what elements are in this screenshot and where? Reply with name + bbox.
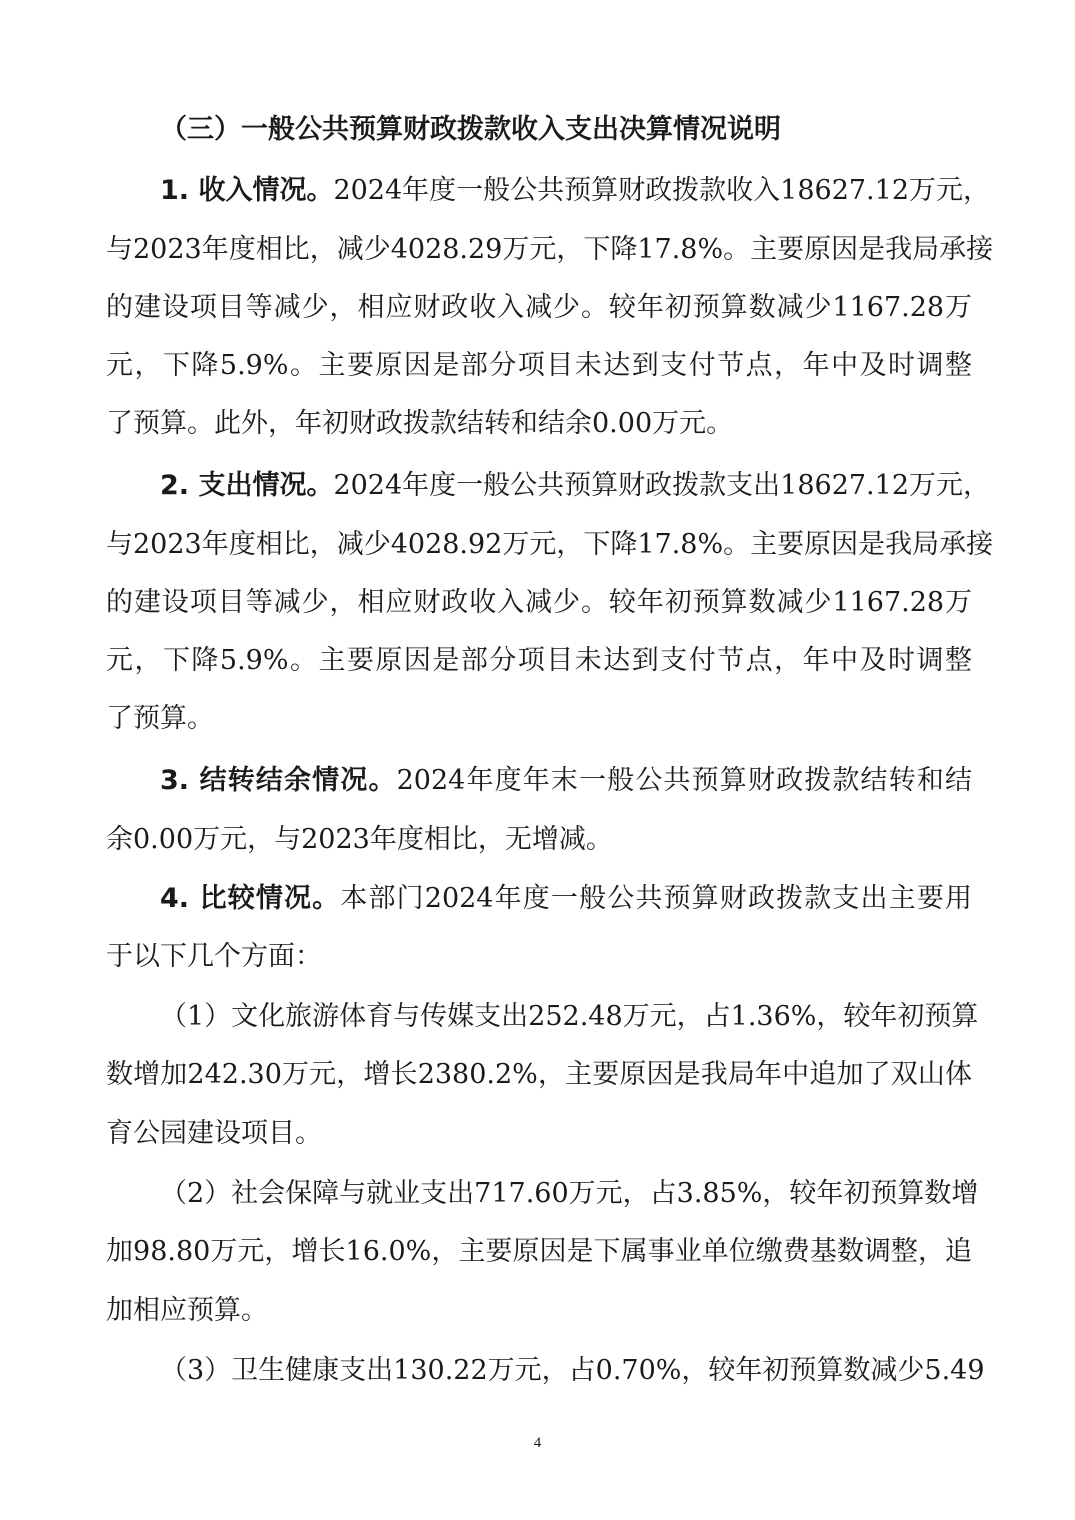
paragraph-income-line-3: 的建设项目等减少，相应财政收入减少。较年初预算数减少1167.28万 xyxy=(106,291,972,325)
item-2-line-2: 加98.80万元，增长16.0%，主要原因是下属事业单位缴费基数调整，追 xyxy=(106,1235,972,1269)
paragraph-balance-line-1: 3. 结转结余情况。2024年度年末一般公共预算财政拨款结转和结 xyxy=(160,764,972,798)
item-1-line-3: 育公园建设项目。 xyxy=(106,1117,972,1151)
paragraph-expenditure-line-2: 与2023年度相比，减少4028.92万元，下降17.8%。主要原因是我局承接 xyxy=(106,528,972,562)
paragraph-income-line-1: 1. 收入情况。2024年度一般公共预算财政拨款收入18627.12万元， xyxy=(160,174,972,208)
item-1-line-2: 数增加242.30万元，增长2380.2%，主要原因是我局年中追加了双山体 xyxy=(106,1058,972,1092)
item-1-line-1: （1）文化旅游体育与传媒支出252.48万元，占1.36%，较年初预算 xyxy=(160,1000,972,1034)
paragraph-income-lead: 1. 收入情况。 xyxy=(160,175,333,206)
document-page: （三）一般公共预算财政拨款收入支出决算情况说明 1. 收入情况。2024年度一般… xyxy=(0,0,1075,1520)
paragraph-income-line-4: 元，下降5.9%。主要原因是部分项目未达到支付节点，年中及时调整 xyxy=(106,349,972,383)
section-heading: （三）一般公共预算财政拨款收入支出决算情况说明 xyxy=(160,113,781,147)
item-2-line-3: 加相应预算。 xyxy=(106,1294,972,1328)
paragraph-balance-lead: 3. 结转结余情况。 xyxy=(160,765,397,796)
paragraph-comparison-line-2: 于以下几个方面： xyxy=(106,940,972,974)
item-2-line-1: （2）社会保障与就业支出717.60万元，占3.85%，较年初预算数增 xyxy=(160,1177,972,1211)
page-number: 4 xyxy=(0,1435,1075,1452)
paragraph-balance-line-2: 余0.00万元，与2023年度相比，无增减。 xyxy=(106,823,972,857)
paragraph-expenditure-line-3: 的建设项目等减少，相应财政收入减少。较年初预算数减少1167.28万 xyxy=(106,586,972,620)
paragraph-expenditure-lead: 2. 支出情况。 xyxy=(160,470,333,501)
paragraph-income-line-2: 与2023年度相比，减少4028.29万元，下降17.8%。主要原因是我局承接 xyxy=(106,233,972,267)
paragraph-comparison-line-1: 4. 比较情况。本部门2024年度一般公共预算财政拨款支出主要用 xyxy=(160,882,972,916)
paragraph-comparison-lead: 4. 比较情况。 xyxy=(160,883,340,914)
paragraph-expenditure-line-5: 了预算。 xyxy=(106,702,972,736)
item-3-line-1: （3）卫生健康支出130.22万元，占0.70%，较年初预算数减少5.49 xyxy=(160,1354,972,1388)
paragraph-expenditure-line-1: 2. 支出情况。2024年度一般公共预算财政拨款支出18627.12万元， xyxy=(160,469,972,503)
paragraph-expenditure-line-4: 元，下降5.9%。主要原因是部分项目未达到支付节点，年中及时调整 xyxy=(106,644,972,678)
paragraph-income-line-5: 了预算。此外，年初财政拨款结转和结余0.00万元。 xyxy=(106,407,972,441)
